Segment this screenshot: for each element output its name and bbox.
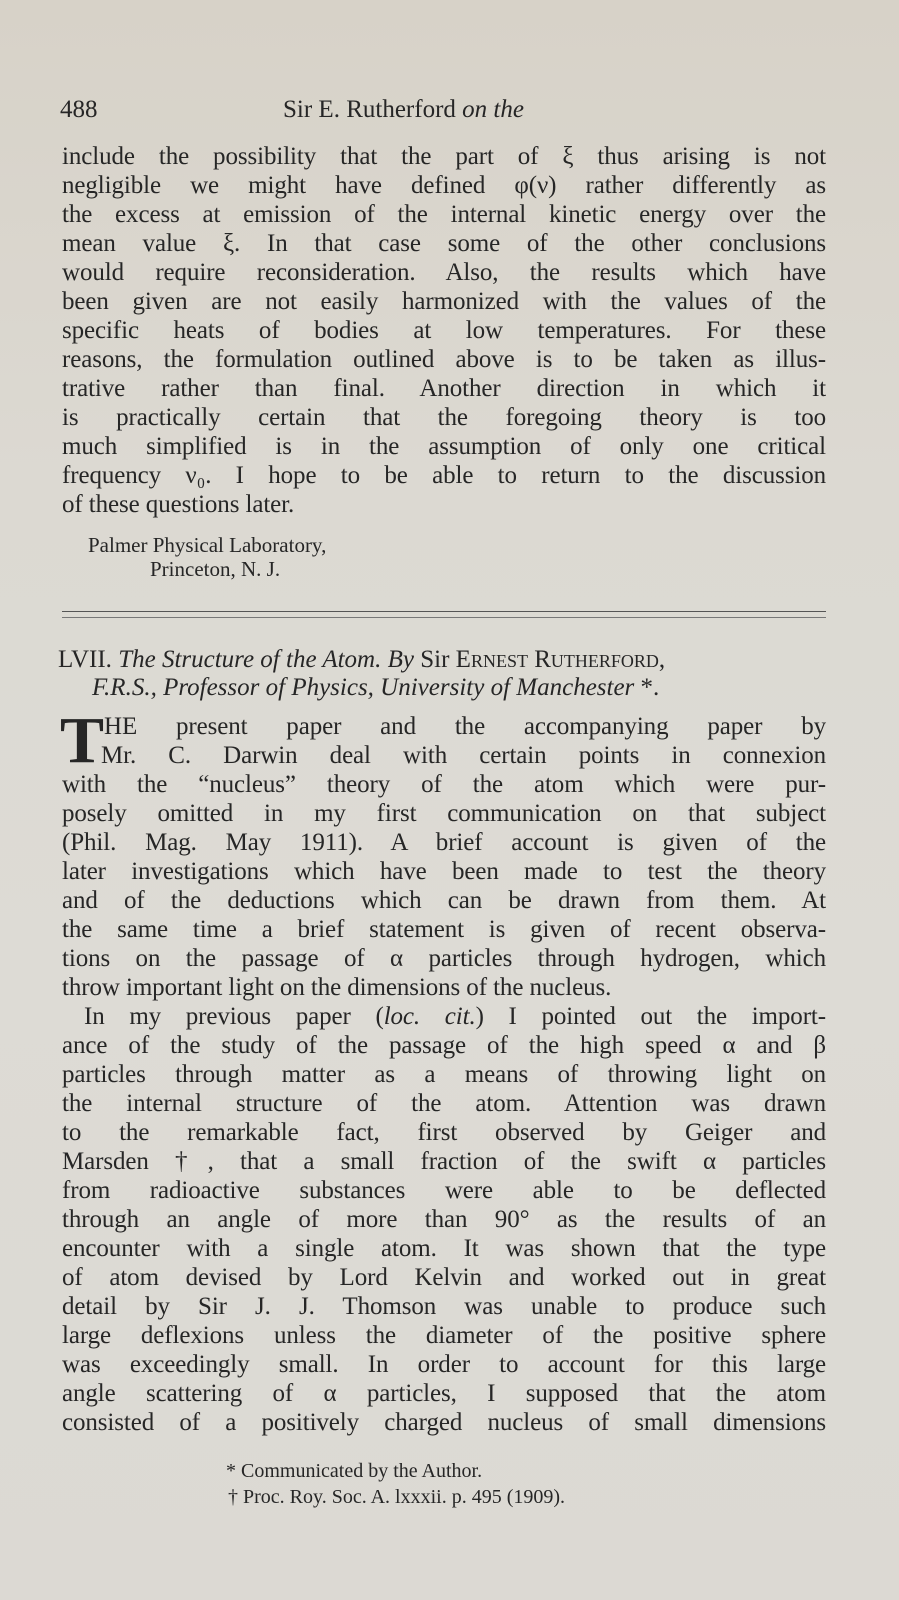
text-line: HE present paper and the accompanying pa… (104, 712, 826, 742)
text-line: specific heats of bodies at low temperat… (62, 316, 826, 346)
text-line: In my previous paper (loc. cit.) I point… (84, 1002, 826, 1032)
text-line: the internal structure of the atom. Atte… (62, 1089, 826, 1119)
text-line: later investigations which have been mad… (62, 857, 826, 887)
footnote-1: * Communicated by the Author. (226, 1460, 482, 1483)
article-affiliation: F.R.S., Professor of Physics, University… (92, 674, 659, 702)
address-line-1: Palmer Physical Laboratory, (88, 533, 326, 558)
text-line: include the possibility that the part of… (62, 142, 826, 172)
text-line: mean value ξ. In that case some of the o… (62, 229, 826, 259)
author-name: Ernest Rutherford (456, 646, 659, 673)
text-line: encounter with a single atom. It was sho… (62, 1234, 826, 1264)
text-line: angle scattering of α particles, I suppo… (62, 1379, 826, 1409)
text-line: of atom devised by Lord Kelvin and worke… (62, 1263, 826, 1293)
text-line: posely omitted in my first communication… (62, 799, 826, 829)
text-line: frequency ν₀. I hope to be able to retur… (62, 461, 826, 491)
drop-cap: T (60, 708, 104, 774)
text-line: is practically certain that the foregoin… (62, 403, 826, 433)
journal-page: 488 Sir E. Rutherford on the include the… (0, 0, 899, 1600)
text-line: to the remarkable fact, first observed b… (62, 1118, 826, 1148)
text-line: Marsden †, that a small fraction of the … (62, 1147, 826, 1177)
section-divider-bottom (62, 617, 826, 618)
article-title: LVII. The Structure of the Atom. By Sir … (58, 646, 665, 674)
text-line: the same time a brief statement is given… (62, 915, 826, 945)
running-head: Sir E. Rutherford on the (283, 96, 524, 124)
text-line: reasons, the formulation outlined above … (62, 345, 826, 375)
page-number: 488 (60, 96, 98, 124)
text-line: ance of the study of the passage of the … (62, 1031, 826, 1061)
text-line: been given are not easily harmonized wit… (62, 287, 826, 317)
text-line: consisted of a positively charged nucleu… (62, 1408, 826, 1438)
text-line: Mr. C. Darwin deal with certain points i… (101, 741, 826, 771)
text-line: much simplified is in the assumption of … (62, 432, 826, 462)
text-line: and of the deductions which can be drawn… (62, 886, 826, 916)
text-line: large deflexions unless the diameter of … (62, 1321, 826, 1351)
text-line: with the “nucleus” theory of the atom wh… (62, 770, 826, 800)
text-line: was exceedingly small. In order to accou… (62, 1350, 826, 1380)
text-line: tions on the passage of α particles thro… (62, 944, 826, 974)
text-line: throw important light on the dimensions … (62, 973, 826, 1003)
text-line: trative rather than final. Another direc… (62, 374, 826, 404)
text-line: of these questions later. (62, 490, 826, 520)
text-line: negligible we might have defined φ(ν) ra… (62, 171, 826, 201)
text-line: (Phil. Mag. May 1911). A brief account i… (62, 828, 826, 858)
footnote-2: † Proc. Roy. Soc. A. lxxxii. p. 495 (190… (228, 1486, 565, 1509)
text-line: the excess at emission of the internal k… (62, 200, 826, 230)
text-line: detail by Sir J. J. Thomson was unable t… (62, 1292, 826, 1322)
text-line: through an angle of more than 90° as the… (62, 1205, 826, 1235)
section-divider-top (62, 611, 826, 612)
text-line: from radioactive substances were able to… (62, 1176, 826, 1206)
address-line-2: Princeton, N. J. (150, 557, 280, 582)
text-line: particles through matter as a means of t… (62, 1060, 826, 1090)
text-line: would require reconsideration. Also, the… (62, 258, 826, 288)
